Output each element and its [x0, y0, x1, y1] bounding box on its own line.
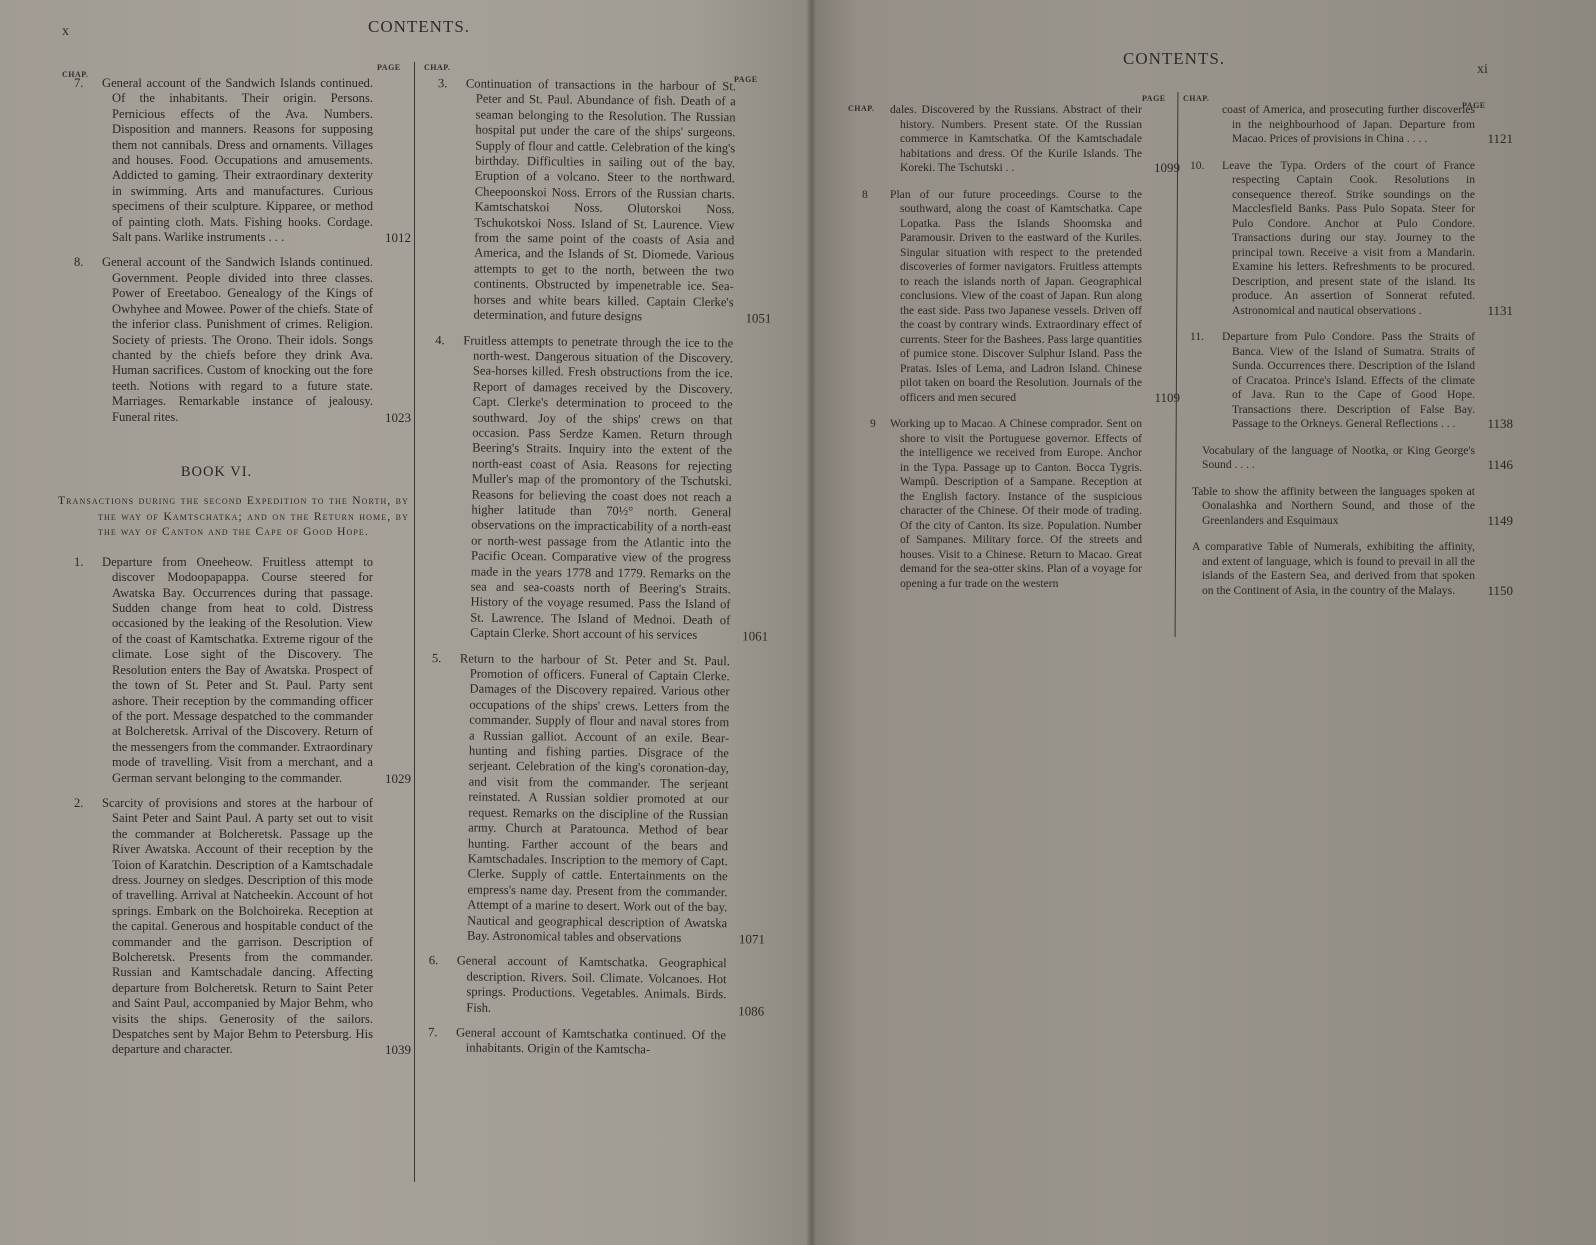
chapter-summary: Continuation of transactions in the harb…: [463, 76, 736, 325]
chap-label: CHAP.: [1183, 94, 1209, 103]
chapter-number: 5.: [432, 651, 442, 667]
page-label: PAGE: [377, 63, 401, 72]
page-ref: 1121: [1487, 132, 1513, 147]
running-head: CONTENTS.: [1123, 49, 1225, 69]
toc-entry: A comparative Table of Numerals, exhibit…: [1190, 540, 1475, 598]
page-ref: 1109: [1154, 391, 1180, 406]
page-ref: 1149: [1487, 514, 1513, 529]
page-ref: 1039: [385, 1042, 411, 1057]
chapter-number: 10.: [1190, 159, 1205, 174]
book-spine: [806, 0, 816, 1245]
toc-entry: 1. Departure from Oneeheow. Fruitless at…: [60, 555, 373, 786]
toc-entry: 8. General account of the Sandwich Islan…: [60, 255, 373, 424]
book-subtitle: Transactions during the second Expeditio…: [58, 494, 409, 541]
chapter-number: 7.: [428, 1025, 438, 1041]
right-page: CONTENTS. xi CHAP. PAGE CHAP. PAGE dales…: [812, 0, 1596, 1245]
toc-entry: 5. Return to the harbour of St. Peter an…: [415, 651, 730, 947]
chapter-number: 11.: [1190, 330, 1204, 345]
toc-entry: 4. Fruitless attempts to penetrate throu…: [418, 332, 733, 643]
appendix-title: Vocabulary of the language of Nootka, or…: [1202, 444, 1475, 473]
page-ref: 1138: [1487, 417, 1513, 432]
chapter-number: 8: [862, 188, 868, 203]
chapter-summary: Scarcity of provisions and stores at the…: [102, 796, 373, 1058]
toc-entry: 3. Continuation of transactions in the h…: [421, 76, 736, 326]
book-spread: x CONTENTS. CHAP. PAGE CHAP. PAGE 7. Gen…: [0, 0, 1596, 1245]
chapter-summary: General account of Kamtschatka. Geograph…: [456, 954, 727, 1018]
page-ref: 1099: [1154, 161, 1180, 176]
appendix-title: A comparative Table of Numerals, exhibit…: [1202, 540, 1475, 598]
toc-entry: 7. General account of Kamtschatka contin…: [414, 1025, 726, 1059]
chapter-number: 1.: [74, 555, 83, 570]
chapter-number: 2.: [74, 796, 83, 811]
page-ref: 1150: [1487, 584, 1513, 599]
chapter-summary: Departure from Oneeheow. Fruitless attem…: [102, 555, 373, 786]
toc-entry: 6. General account of Kamtschatka. Geogr…: [414, 953, 727, 1018]
chapter-number: 3.: [438, 76, 448, 92]
chapter-summary: General account of Kamtschatka continued…: [456, 1025, 726, 1059]
page-ref: 1029: [385, 771, 411, 786]
chapter-number: 4.: [435, 333, 445, 349]
toc-entry: 10. Leave the Typa. Orders of the court …: [1190, 159, 1475, 319]
chapter-summary: General account of the Sandwich Islands …: [102, 255, 373, 424]
running-head: CONTENTS.: [368, 17, 470, 37]
book-title: BOOK VI.: [60, 465, 373, 480]
toc-entry: 9 Working up to Macao. A Chinese comprad…: [860, 417, 1142, 591]
chap-label: CHAP.: [424, 63, 450, 72]
page-label: PAGE: [1142, 94, 1166, 103]
page-number: x: [62, 24, 69, 40]
toc-entry: dales. Discovered by the Russians. Abstr…: [860, 103, 1142, 176]
page-ref: 1071: [739, 931, 765, 947]
appendix-title: Table to show the affinity between the l…: [1202, 485, 1475, 529]
toc-entry: coast of America, and prosecuting furthe…: [1190, 103, 1475, 147]
page-ref: 1051: [745, 310, 771, 326]
page-ref: 1131: [1487, 304, 1513, 319]
chapter-number: 6.: [429, 953, 439, 969]
chapter-summary: coast of America, and prosecuting furthe…: [1222, 103, 1475, 147]
toc-entry: 7. General account of the Sandwich Islan…: [60, 76, 373, 245]
toc-entry: 8 Plan of our future proceedings. Course…: [860, 188, 1142, 406]
chapter-summary: Plan of our future proceedings. Course t…: [890, 188, 1142, 406]
page-ref: 1061: [742, 629, 768, 645]
page-ref: 1023: [385, 410, 411, 425]
chapter-summary: General account of the Sandwich Islands …: [102, 76, 373, 245]
toc-column: 3. Continuation of transactions in the h…: [414, 76, 736, 1069]
chapter-summary: Fruitless attempts to penetrate through …: [460, 333, 733, 644]
toc-entry: 11. Departure from Pulo Condore. Pass th…: [1190, 330, 1475, 432]
toc-entry: Table to show the affinity between the l…: [1190, 485, 1475, 529]
chapter-summary: Working up to Macao. A Chinese comprador…: [890, 417, 1142, 591]
toc-column: 7. General account of the Sandwich Islan…: [60, 76, 373, 1068]
chapter-summary: Leave the Typa. Orders of the court of F…: [1222, 159, 1475, 319]
chapter-summary: Return to the harbour of St. Peter and S…: [457, 651, 730, 947]
chapter-number: 8.: [74, 255, 83, 270]
toc-entry: Vocabulary of the language of Nootka, or…: [1190, 444, 1475, 473]
page-ref: 1146: [1487, 458, 1513, 473]
page-ref: 1012: [385, 230, 411, 245]
chapter-summary: Departure from Pulo Condore. Pass the St…: [1222, 330, 1475, 432]
page-ref: 1086: [738, 1003, 764, 1019]
toc-entry: 2. Scarcity of provisions and stores at …: [60, 796, 373, 1058]
left-page: x CONTENTS. CHAP. PAGE CHAP. PAGE 7. Gen…: [0, 0, 812, 1245]
toc-column: dales. Discovered by the Russians. Abstr…: [860, 103, 1142, 601]
chapter-number: 7.: [74, 76, 83, 91]
chapter-summary: dales. Discovered by the Russians. Abstr…: [890, 103, 1142, 176]
chapter-number: 9: [870, 417, 876, 432]
toc-column: coast of America, and prosecuting furthe…: [1190, 103, 1475, 608]
page-number: xi: [1477, 62, 1488, 78]
page-label: PAGE: [734, 75, 758, 84]
